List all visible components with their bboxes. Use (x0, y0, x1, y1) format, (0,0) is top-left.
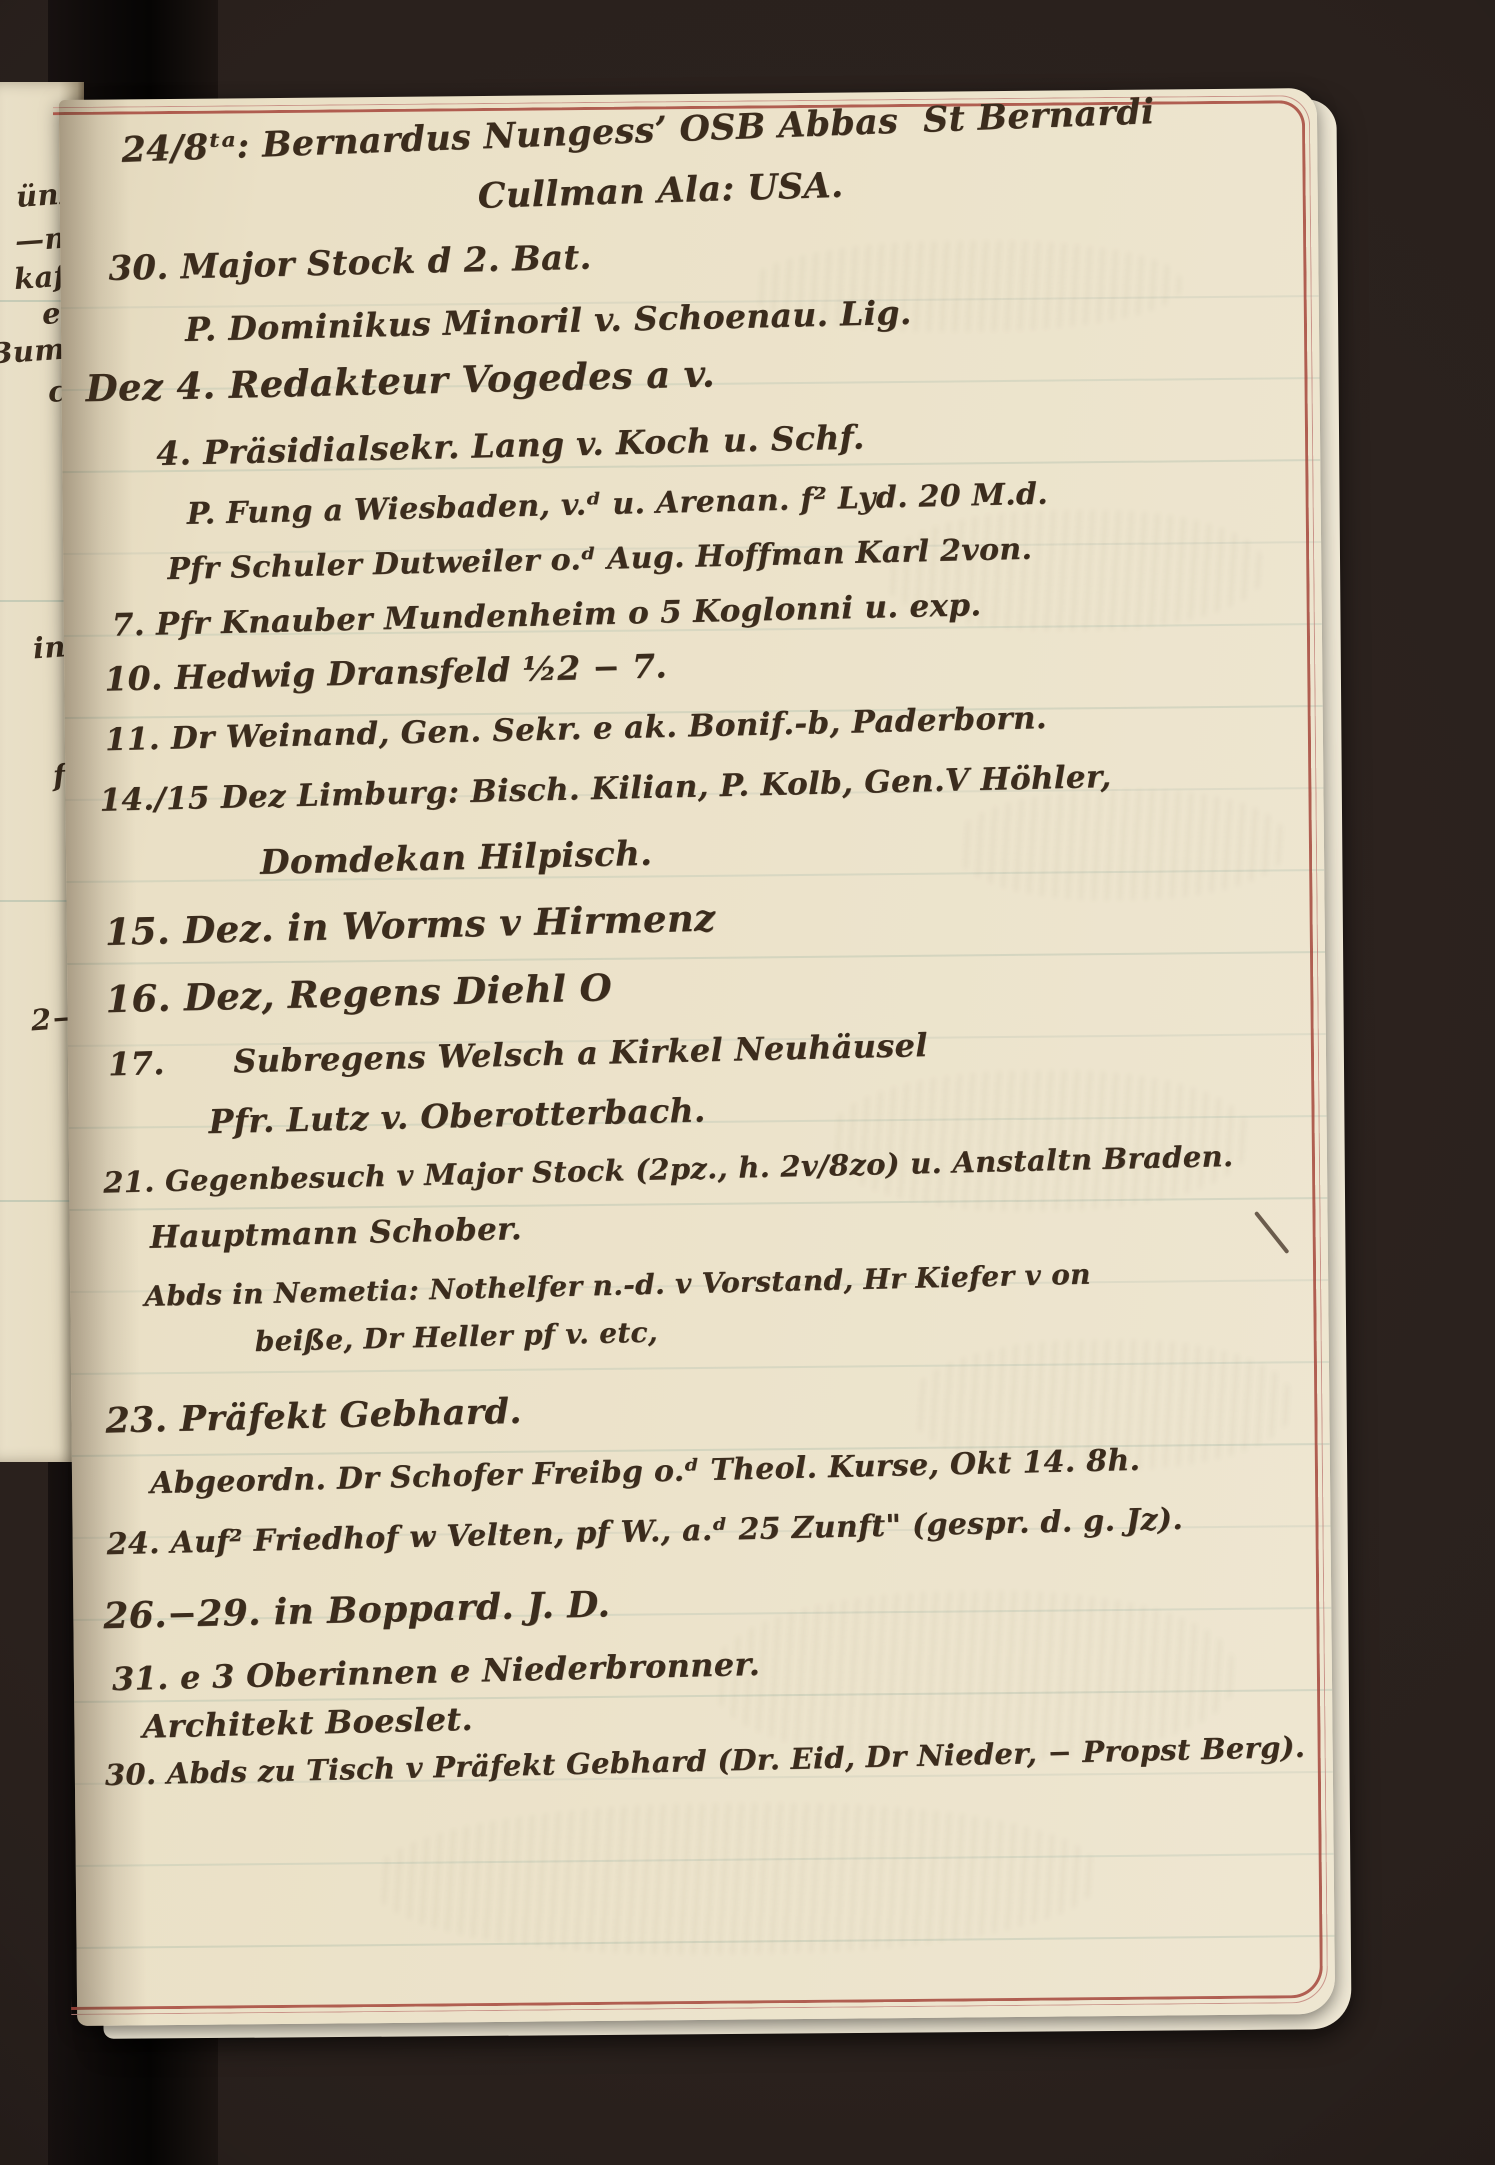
handwritten-line: 16. Dez, Regens Diehl O (105, 965, 613, 1021)
photographed-notebook-scene: ünz—n.kaf.erBum.c.in,f,2− 24/8ᵗᵃ: Bernar… (0, 0, 1495, 2165)
handwritten-line: Pfr Schuler Dutweiler o.ᵈ Aug. Hoffman K… (167, 532, 1033, 587)
handwritten-line: 14./15 Dez Limburg: Bisch. Kilian, P. Ko… (99, 759, 1112, 819)
handwritten-line: 23. Präfekt Gebhard. (105, 1391, 522, 1442)
handwritten-line: P. Fung a Wiesbaden, v.ᵈ u. Arenan. f² L… (186, 477, 1048, 532)
handwritten-line: Hauptmann Schober. (149, 1211, 522, 1256)
handwritten-line: Architekt Boeslet. (142, 1700, 473, 1746)
handwritten-line: 24/8ᵗᵃ: Bernardus Nungessʼ OSB Abbas St … (121, 91, 1155, 171)
handwritten-line: 4. Präsidialsekr. Lang v. Koch u. Schf. (156, 417, 865, 473)
handwritten-line: 24. Auf² Friedhof w Velten, pf W., a.ᵈ 2… (106, 1502, 1183, 1562)
handwritten-line: 31. e 3 Oberinnen e Niederbronner. (112, 1645, 761, 1698)
handwritten-line: 17. Subregens Welsch a Kirkel Neuhäusel (108, 1026, 928, 1083)
handwritten-line: beiße, Dr Heller pf v. etc, (254, 1316, 658, 1358)
handwritten-line: Abds in Nemetia: Nothelfer n.-d. v Vorst… (144, 1258, 1091, 1313)
handwritten-line: Domdekan Hilpisch. (260, 834, 653, 883)
handwritten-line: 7. Pfr Knauber Mundenheim o 5 Koglonni u… (111, 587, 981, 643)
notebook-page: 24/8ᵗᵃ: Bernardus Nungessʼ OSB Abbas St … (59, 88, 1335, 2026)
handwritten-line: 21. Gegenbesuch v Major Stock (2pz., h. … (103, 1139, 1234, 1200)
handwritten-line: Dez 4. Redakteur Vogedes a v. (85, 351, 715, 410)
handwritten-line: 15. Dez. in Worms v Hirmenz (104, 896, 716, 954)
handwritten-line: 10. Hedwig Dransfeld ½2 − 7. (104, 646, 668, 698)
handwritten-line: P. Dominikus Minoril v. Schoenau. Lig. (185, 293, 912, 349)
handwritten-line: 30. Major Stock d 2. Bat. (108, 238, 592, 289)
handwritten-line: 11. Dr Weinand, Gen. Sekr. e ak. Bonif.-… (105, 700, 1048, 758)
handwritten-line: Abgeordn. Dr Schofer Freibg o.ᵈ Theol. K… (150, 1443, 1141, 1501)
handwritten-line: Pfr. Lutz v. Oberotterbach. (208, 1090, 706, 1141)
handwritten-line: Cullman Ala: USA. (477, 165, 844, 217)
handwritten-line: 26.−29. in Boppard. J. D. (103, 1583, 611, 1637)
handwriting-layer: 24/8ᵗᵃ: Bernardus Nungessʼ OSB Abbas St … (59, 88, 1335, 2026)
